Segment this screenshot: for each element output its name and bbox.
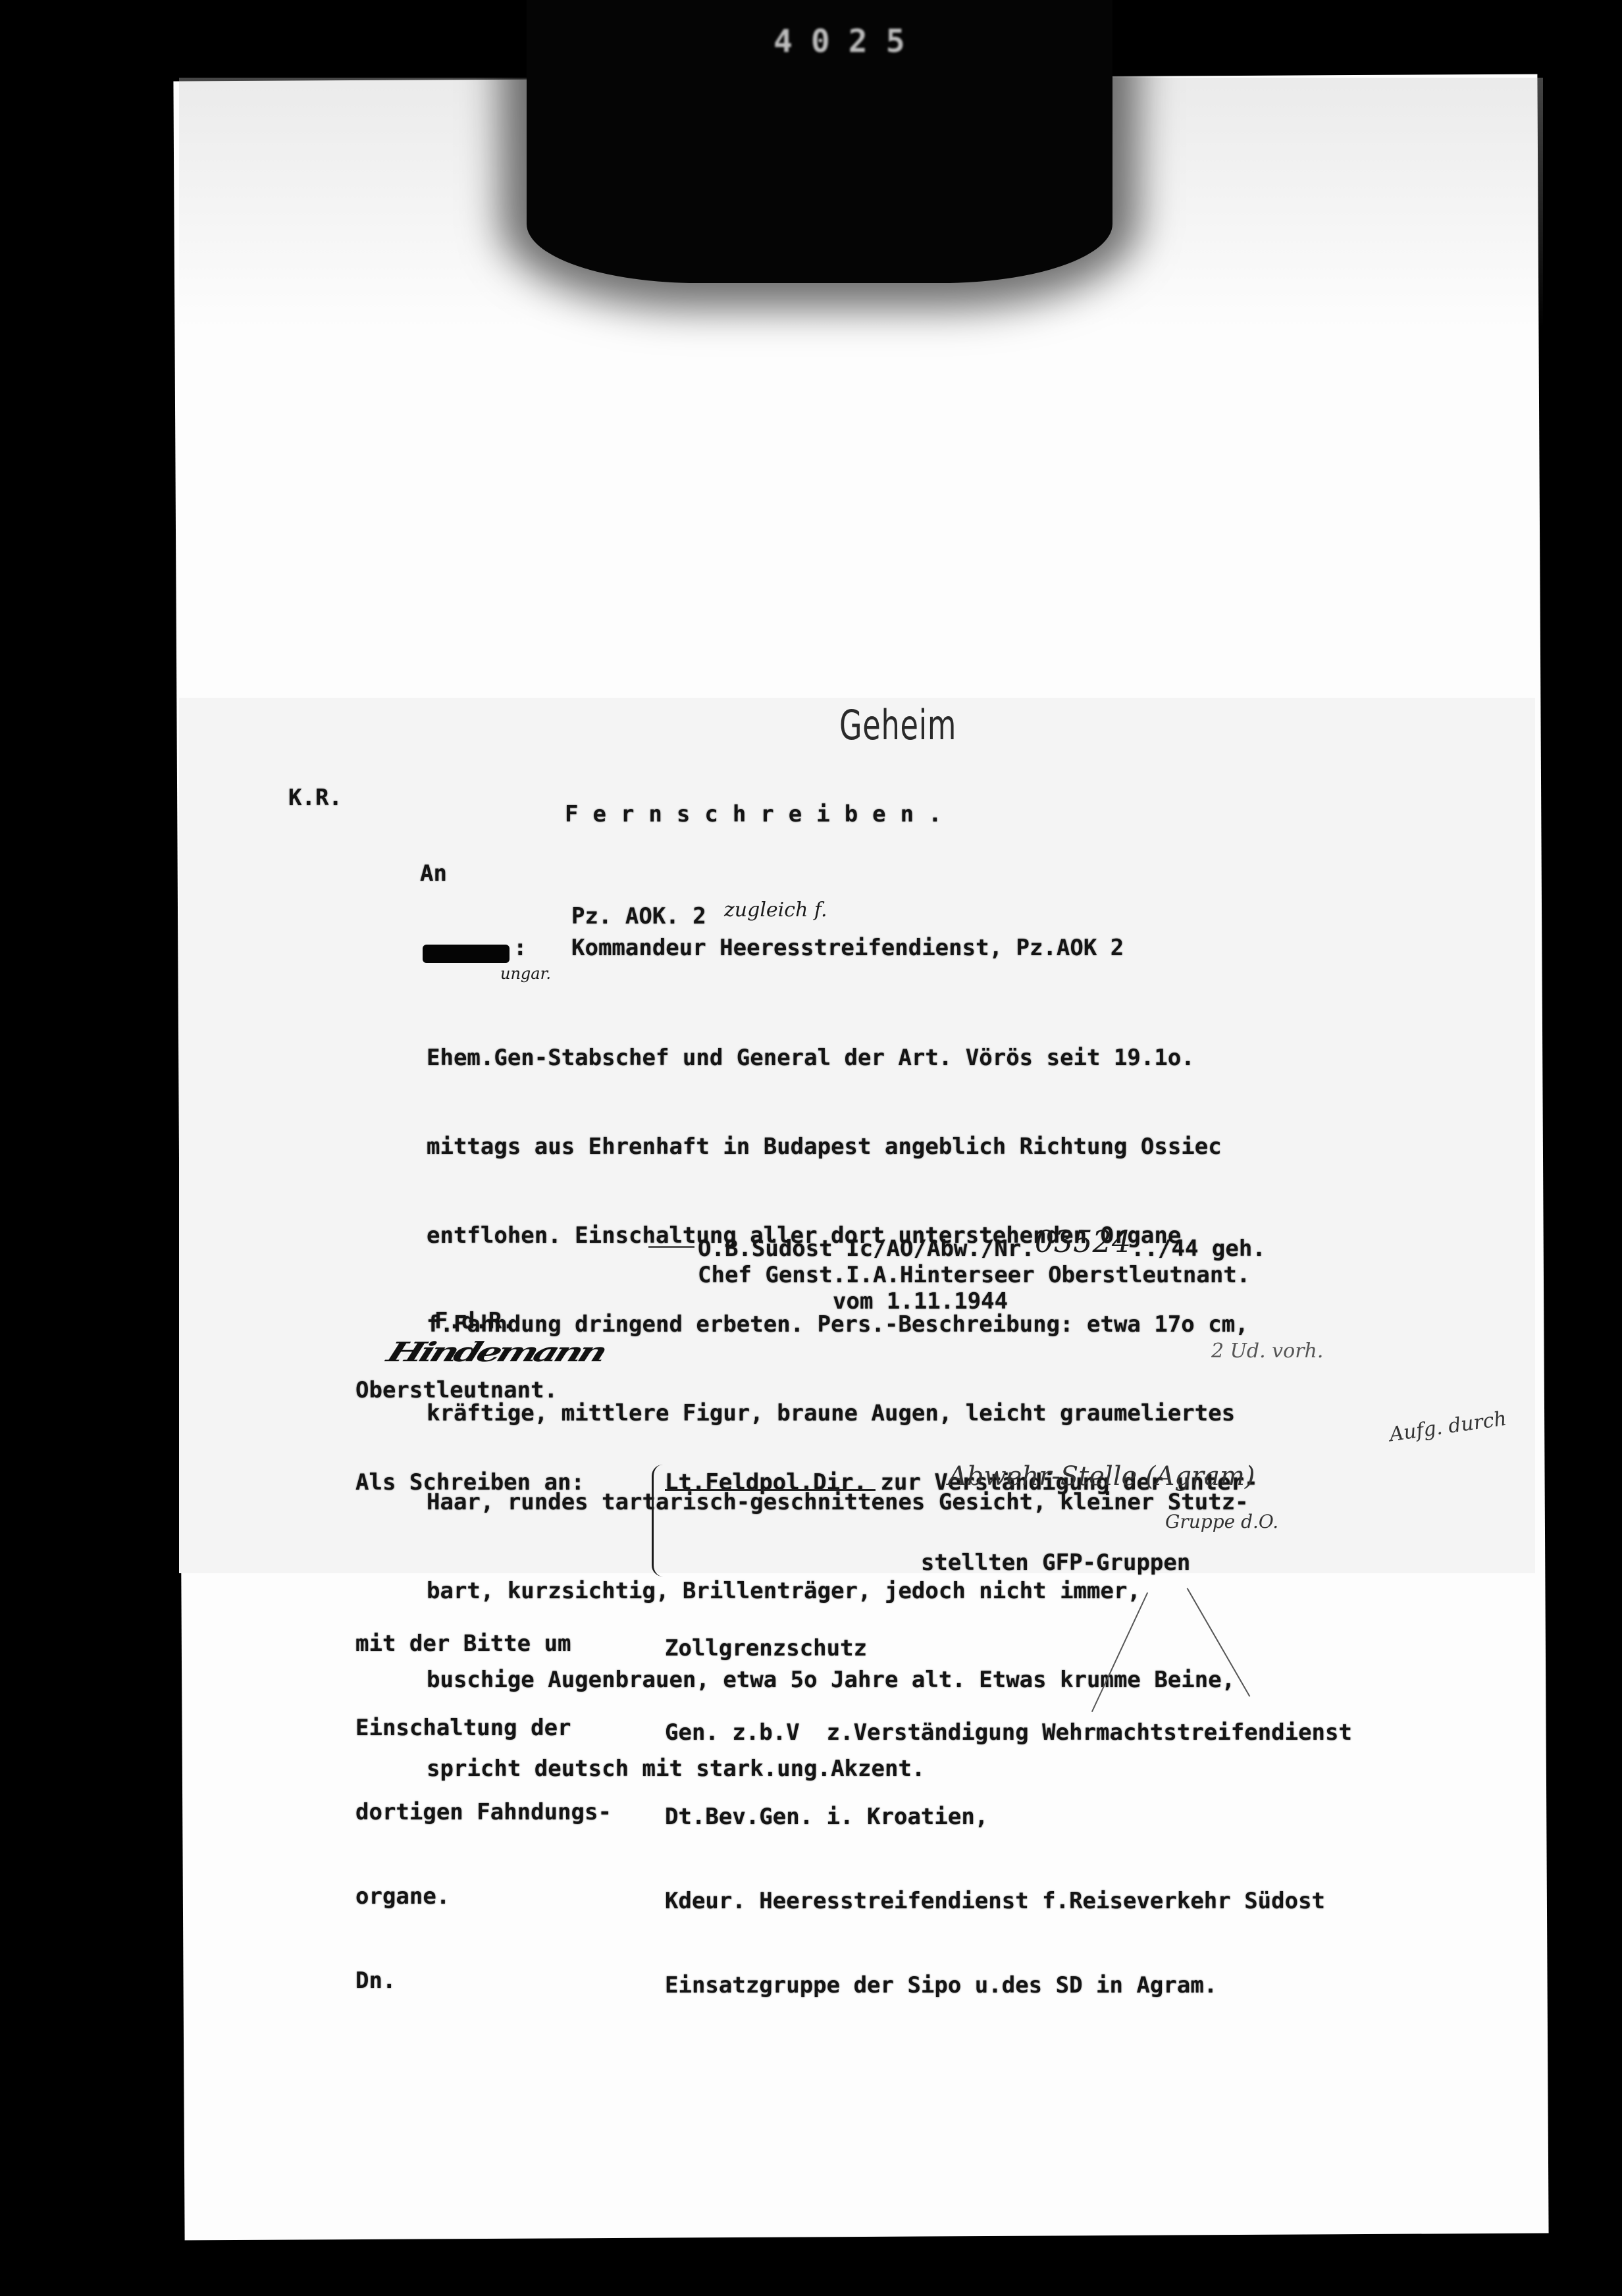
dist-left-line: organe. [355,1882,612,1907]
reference-line-2: Chef Genst.I.A.Hinterseer Oberstleutnant… [698,1261,1250,1290]
to-label: An [420,859,447,889]
dist-left-line: Dn. [355,1966,612,1996]
recipient-1: Pz. AOK. 2 [571,902,706,931]
redaction-bar [423,945,510,963]
document-title: Fernschreiben. [565,800,956,829]
dist-right-line: Kdeur. Heeresstreifendienst f.Reiseverke… [665,1887,1352,1912]
reference-date: vom 1.11.1944 [833,1287,1008,1317]
reference-line-1: O.B.Südost Ic/AO/Abw./Nr.03524../44 geh. [698,1231,1266,1264]
dist-left-line: Einschaltung der [355,1713,612,1738]
dist-left-line: Als Schreiben an: [355,1468,612,1498]
distribution-right: Lt.Feldpol.Dir. zur Verständigung der un… [665,1409,1352,2060]
dist-left-line: dortigen Fahndungs- [355,1798,612,1823]
dist-right-line: stellten GFP-Gruppen [665,1548,1352,1575]
recipient-2: Kommandeur Heeresstreifendienst, Pz.AOK … [571,933,1124,963]
kr-mark: K.R. [288,783,342,813]
frame-number: 4025 [773,23,924,60]
margin-note: 2 Ud. vorh. [1211,1340,1323,1363]
dist-right-line: Zollgrenzschutz [665,1634,1352,1659]
reference-prefix: O.B.Südost Ic/AO/Abw./Nr. [698,1236,1035,1262]
dist-handnote-2: Gruppe d.O. [1165,1511,1278,1532]
reference-dash [648,1246,694,1248]
dist-right-line: Gen. z.b.V z.Verständigung Wehrmachtstre… [665,1718,1352,1743]
classification-stamp: Geheim [839,701,956,749]
recipient-2-separator: : [513,933,527,963]
dist-left-line [355,1557,612,1570]
zollgrenzschutz-underline [665,1489,876,1491]
signature: Hindemann [382,1336,608,1368]
body-line: mittags aus Ehrenhaft in Budapest angebl… [427,1132,1249,1162]
microfilm-frame: 4025 Geheim K.R. Fernschreiben. An Pz. A… [0,0,1622,2296]
dist-handnote-1: Abwehr-Stelle (Agram) [948,1461,1255,1492]
fdr-label: F.d.R. [434,1307,515,1336]
reference-number: 03524 [1035,1224,1131,1259]
dist-left-line: mit der Bitte um [355,1629,612,1654]
dist-right-line: Einsatzgruppe der Sipo u.des SD in Agram… [665,1971,1352,2000]
fdr-rank: Oberstleutnant. [355,1376,558,1405]
body-line: Ehem.Gen-Stabschef und General der Art. … [427,1043,1249,1073]
insertion-note: ungar. [500,964,551,983]
dist-right-line: Dt.Bev.Gen. i. Kroatien, [665,1802,1352,1827]
distribution-left: Als Schreiben an: mit der Bitte um Einsc… [355,1409,612,2055]
reference-suffix: ../44 geh. [1131,1236,1266,1262]
recipient-1-handnote: zugleich f. [724,899,827,922]
bracket-mark [652,1465,663,1577]
